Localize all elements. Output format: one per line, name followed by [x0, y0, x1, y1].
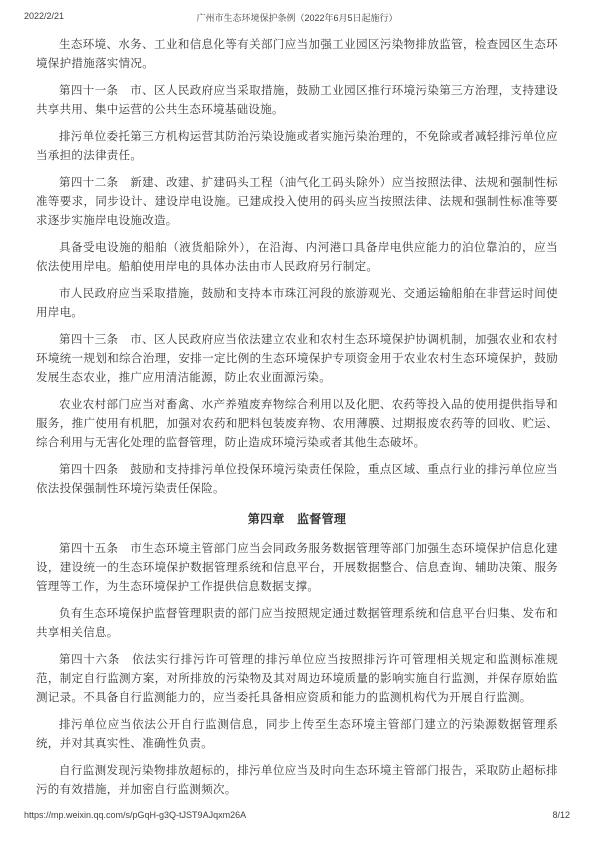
- body-paragraph: 排污单位应当依法公开自行监测信息，同步上传至生态环境主管部门建立的污染源数据管理…: [36, 716, 558, 754]
- body-paragraph-article-46: 第四十六条 依法实行排污许可管理的排污单位应当按照排污许可管理相关规定和监测标准…: [36, 651, 558, 708]
- body-paragraph-article-41: 第四十一条 市、区人民政府应当采取措施，鼓励工业园区推行环境污染第三方治理，支持…: [36, 82, 558, 120]
- body-paragraph-article-43: 第四十三条 市、区人民政府应当依法建立农业和农村生态环境保护协调机制，加强农业和…: [36, 331, 558, 388]
- body-paragraph-article-44: 第四十四条 鼓励和支持排污单位投保环境污染责任保险，重点区域、重点行业的排污单位…: [36, 461, 558, 499]
- body-paragraph: 市人民政府应当采取措施，鼓励和支持本市珠江河段的旅游观光、交通运输船舶在非营运时…: [36, 285, 558, 323]
- body-paragraph: 自行监测发现污染物排放超标的，排污单位应当及时向生态环境主管部门报告，采取防止超…: [36, 762, 558, 800]
- page-number: 8/12: [552, 810, 570, 820]
- body-paragraph: 排污单位委托第三方机构运营其防治污染设施或者实施污染治理的，不免除或者减轻排污单…: [36, 128, 558, 166]
- document-title: 广州市生态环境保护条例（2022年6月5日起施行）: [24, 11, 570, 24]
- body-paragraph-article-45: 第四十五条 市生态环境主管部门应当会同政务服务数据管理等部门加强生态环境保护信息…: [36, 540, 558, 597]
- body-paragraph-article-42: 第四十二条 新建、改建、扩建码头工程（油气化工码头除外）应当按照法律、法规和强制…: [36, 174, 558, 231]
- body-paragraph: 负有生态环境保护监督管理职责的部门应当按照规定通过数据管理系统和信息平台归集、发…: [36, 605, 558, 643]
- chapter-heading: 第四章 监督管理: [36, 510, 558, 529]
- source-url: https://mp.weixin.qq.com/s/pGqH-g3Q-tJST…: [24, 810, 246, 820]
- body-paragraph: 生态环境、水务、工业和信息化等有关部门应当加强工业园区污染物排放监管，检查园区生…: [36, 36, 558, 74]
- print-header: 广州市生态环境保护条例（2022年6月5日起施行） 2022/2/21: [24, 11, 570, 25]
- print-footer: https://mp.weixin.qq.com/s/pGqH-g3Q-tJST…: [24, 810, 570, 820]
- document-page: 广州市生态环境保护条例（2022年6月5日起施行） 2022/2/21 生态环境…: [0, 0, 594, 841]
- body-paragraph: 具备受电设施的船舶（液货船除外），在沿海、内河港口具备岸电供应能力的泊位靠泊的，…: [36, 239, 558, 277]
- document-body: 生态环境、水务、工业和信息化等有关部门应当加强工业园区污染物排放监管，检查园区生…: [36, 28, 558, 808]
- body-paragraph: 农业农村部门应当对畜禽、水产养殖废弃物综合利用以及化肥、农药等投入品的使用提供指…: [36, 396, 558, 453]
- print-date: 2022/2/21: [24, 11, 64, 21]
